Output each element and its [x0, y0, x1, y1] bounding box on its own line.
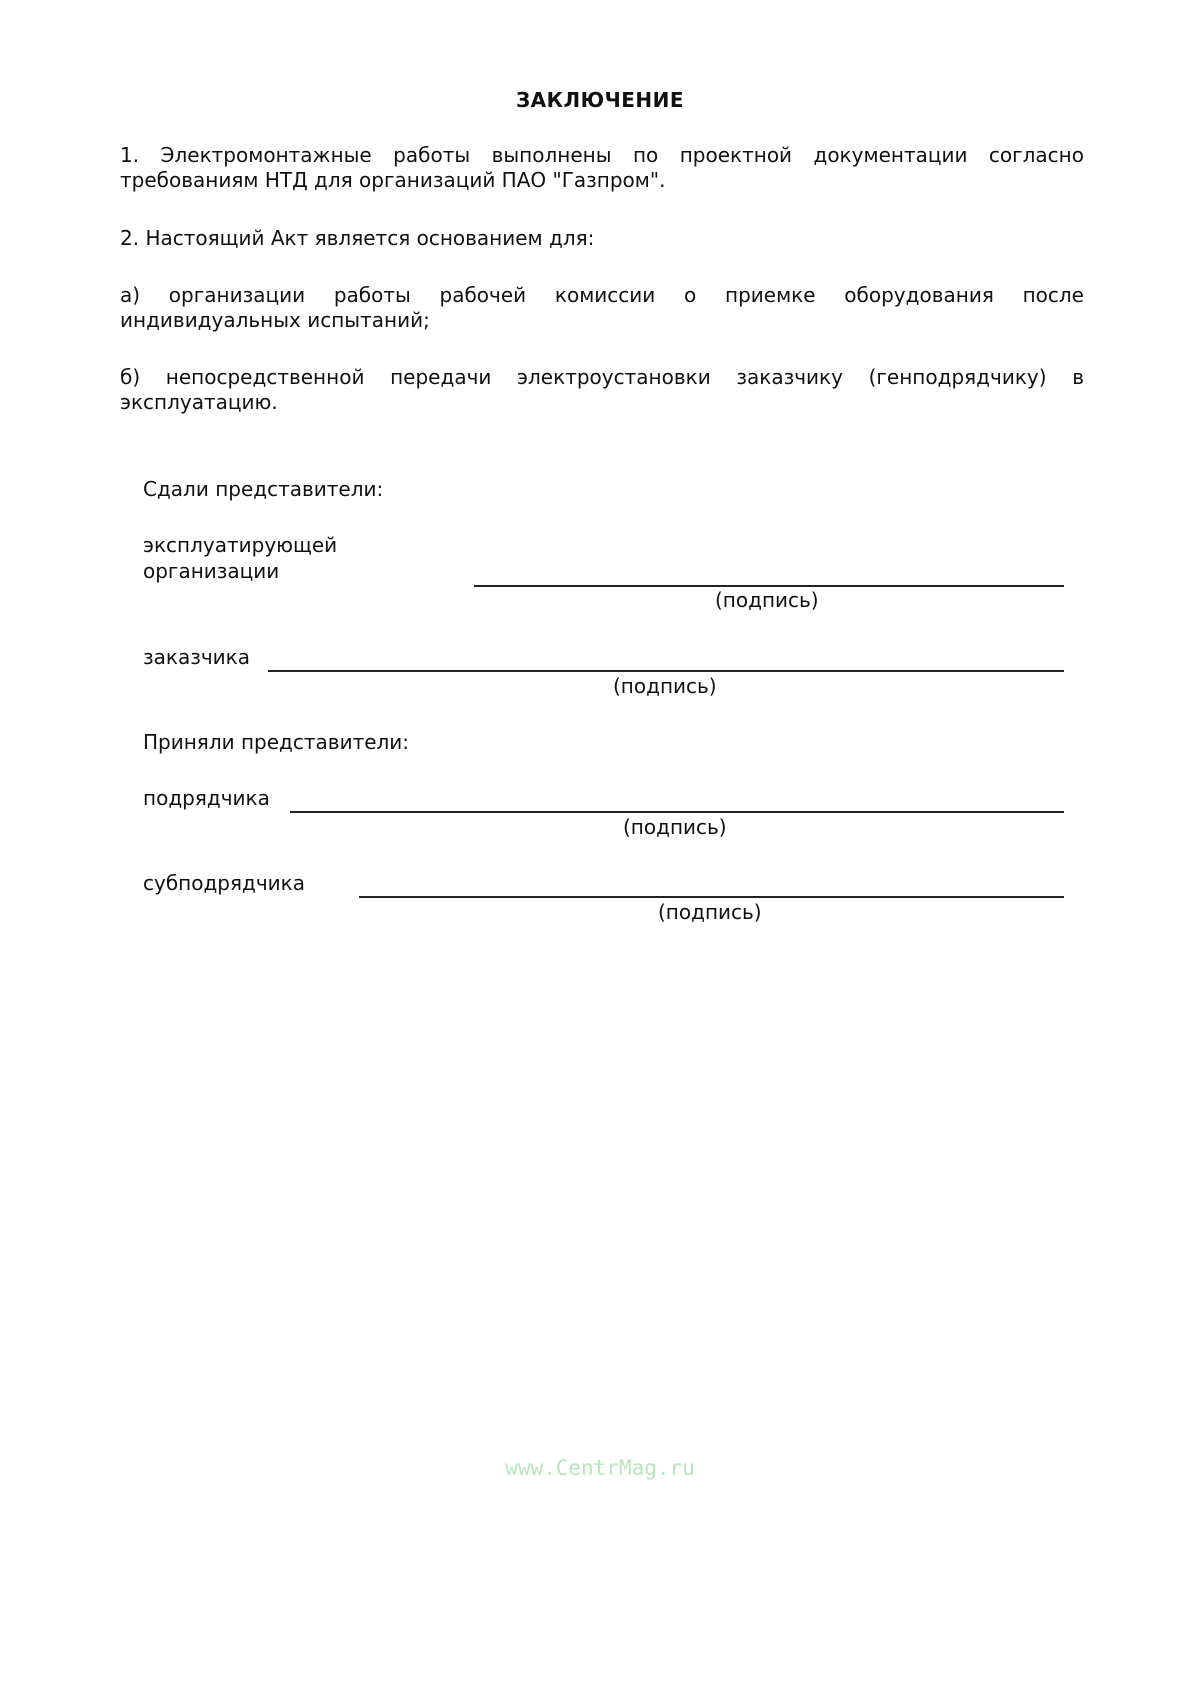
contractor-signature-caption: (подпись)	[623, 815, 727, 839]
contractor-signature-line	[290, 811, 1064, 813]
accepted-heading: Приняли представители:	[143, 730, 409, 755]
watermark: www.CentrMag.ru	[0, 1456, 1200, 1480]
paragraph-1: 1. Электромонтажные работы выполнены по …	[120, 143, 1084, 193]
operating-org-signature-line	[474, 585, 1064, 587]
paragraph-b: б) непосредственной передачи электроуста…	[120, 365, 1084, 415]
handed-over-heading: Сдали представители:	[143, 477, 383, 502]
contractor-label: подрядчика	[143, 786, 270, 811]
paragraph-a: а) организации работы рабочей комиссии о…	[120, 283, 1084, 333]
customer-label: заказчика	[143, 645, 250, 670]
operating-org-label-line1: эксплуатирующей	[143, 533, 337, 558]
operating-org-label-line2: организации	[143, 559, 279, 584]
subcontractor-signature-line	[359, 896, 1064, 898]
subcontractor-signature-caption: (подпись)	[658, 900, 762, 924]
document-title: ЗАКЛЮЧЕНИЕ	[0, 88, 1200, 112]
customer-signature-caption: (подпись)	[613, 674, 717, 698]
paragraph-2: 2. Настоящий Акт является основанием для…	[120, 226, 1084, 251]
subcontractor-label: субподрядчика	[143, 871, 305, 896]
operating-org-signature-caption: (подпись)	[715, 588, 819, 612]
customer-signature-line	[268, 670, 1064, 672]
